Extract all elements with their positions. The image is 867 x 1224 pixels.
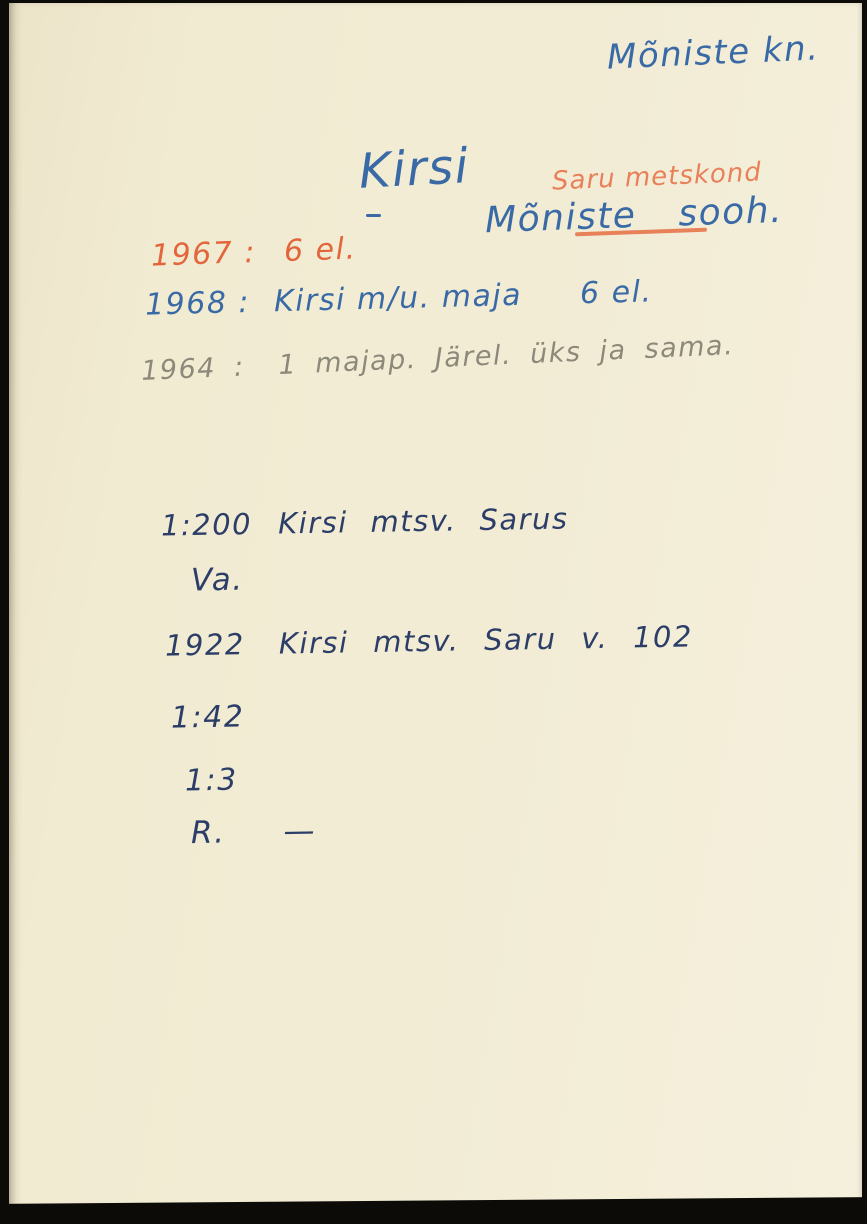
record-line: Va. [191, 563, 244, 598]
record-ref: 1:3 [185, 763, 238, 799]
record-ref: 1:42 [171, 699, 245, 735]
year-value: 6 el. [283, 231, 357, 269]
record-ref: 1922 [165, 627, 245, 662]
year-value: 1 majap. Järel. üks ja sama. [278, 330, 735, 381]
record-line: R.— [191, 814, 316, 850]
record-text: Kirsi mtsv. Sarus [278, 501, 569, 540]
record-line: 1:3 [185, 764, 238, 798]
record-ref: 1:200 [161, 507, 253, 543]
year-entry-1967: 1967 :6 el. [150, 232, 356, 272]
year-label: 1964 : [141, 351, 246, 386]
year-extra: 6 el. [580, 274, 653, 311]
title-underline-mark [366, 214, 381, 217]
record-line: 1:200Kirsi mtsv. Sarus [161, 503, 569, 542]
record-line: 1922Kirsi mtsv. Saru v. 102 [165, 621, 693, 662]
region-note: Mõniste kn. [606, 30, 820, 77]
record-line: 1:42 [171, 700, 245, 734]
correction-note: Saru metskond [551, 158, 762, 196]
year-label: 1968 : [145, 285, 251, 323]
year-label: 1967 : [150, 235, 256, 274]
record-text: — [283, 813, 316, 850]
record-text: Kirsi mtsv. Saru v. 102 [279, 619, 694, 660]
year-value: Kirsi m/u. maja [274, 278, 523, 319]
year-entry-1968: 1968 :Kirsi m/u. maja6 el. [145, 275, 653, 321]
record-ref: Va. [191, 562, 244, 599]
scanned-archive-card: Mõniste kn. Kirsi Saru metskond Mõnistes… [0, 0, 867, 1224]
card-title: Kirsi [358, 140, 471, 199]
paper: Mõniste kn. Kirsi Saru metskond Mõnistes… [9, 3, 862, 1211]
year-entry-1964: 1964 :1 majap. Järel. üks ja sama. [141, 331, 735, 387]
record-ref: R. [191, 814, 226, 851]
